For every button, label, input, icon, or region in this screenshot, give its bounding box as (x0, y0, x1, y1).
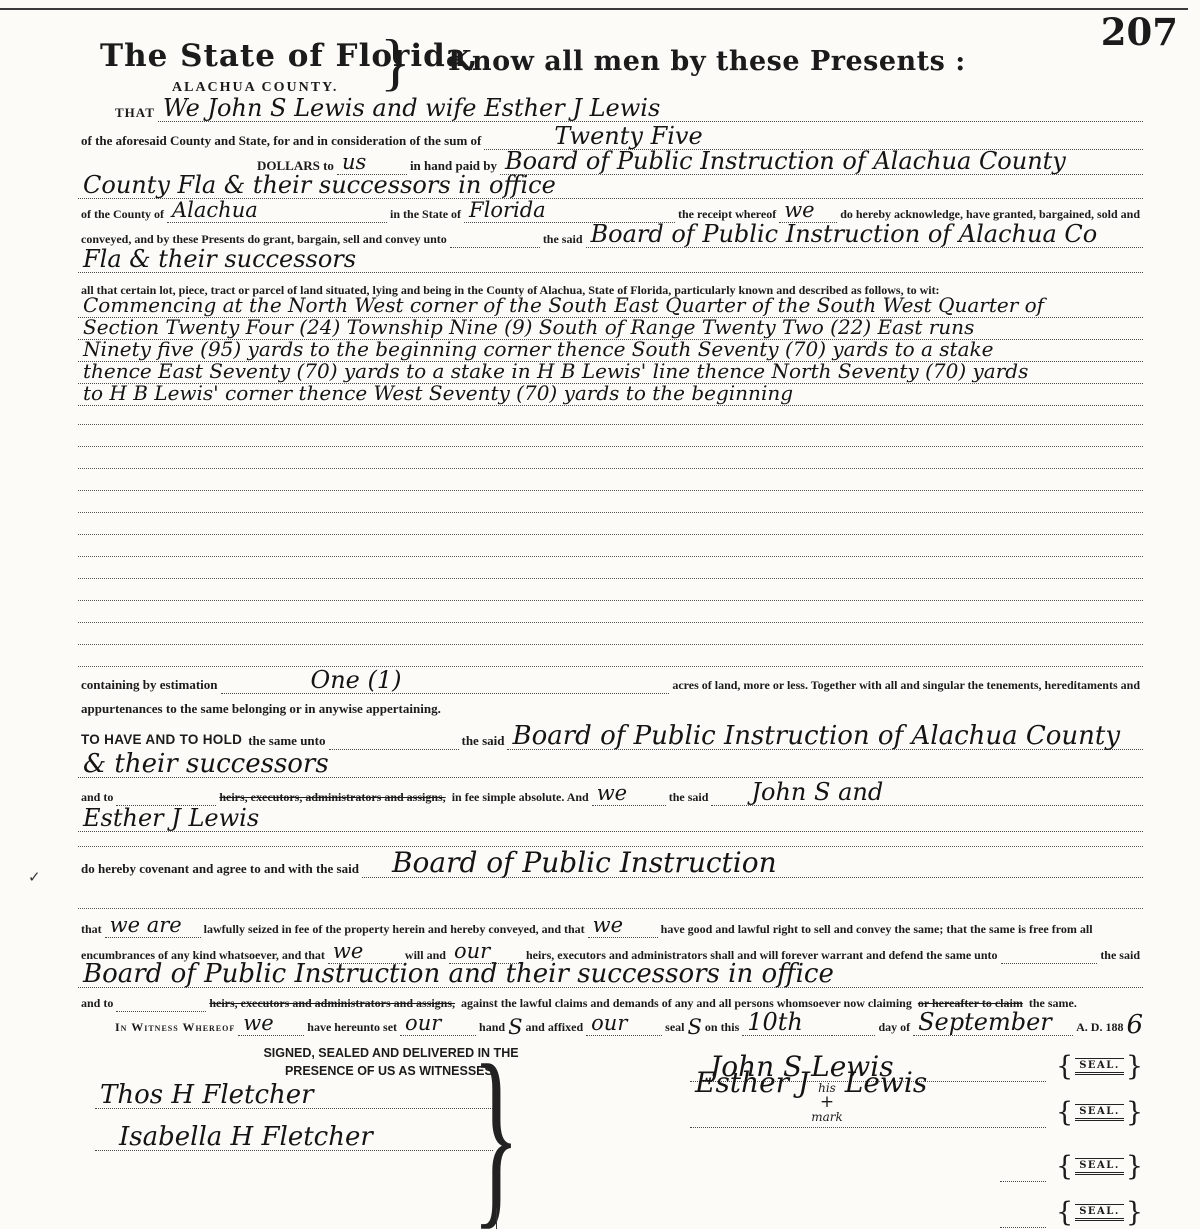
year-handwriting: 6 (1126, 1012, 1143, 1038)
our-handwriting-3: our (591, 1013, 627, 1034)
seal-word-label: seal (662, 1021, 687, 1036)
blank-rule (78, 468, 1143, 469)
payer-blank: Board of Public Instruction of Alachua C… (500, 149, 1143, 175)
acreage-handwriting: One (1) (311, 668, 402, 692)
blank-rule (78, 446, 1143, 447)
grantor-signature-row-2: Esther Jhis+markLewis { SEAL. } (690, 1092, 1143, 1128)
witness-clause-line: In Witness Whereof we have hereunto set … (112, 1010, 1143, 1036)
mark-word-bottom: mark (811, 1111, 843, 1123)
witness-signature-blank-2: Isabella H Fletcher (95, 1124, 493, 1151)
seal-stamp-1: { SEAL. } (1056, 1053, 1143, 1080)
seal-brace-right: } (1126, 1099, 1143, 1126)
seal-stamp-3: { SEAL. } (1056, 1153, 1143, 1180)
description-handwriting-3: Ninety five (95) yards to the beginning … (83, 339, 993, 359)
description-handwriting-4: thence East Seventy (70) yards to a stak… (83, 361, 1028, 381)
seal-brace-right: } (1126, 1053, 1143, 1080)
state-of-label: in the State of (387, 208, 464, 223)
covenant-line: do hereby covenant and agree to and with… (78, 852, 1143, 878)
day-gap-blank (832, 1035, 875, 1036)
witness-signature-2: Isabella H Fletcher (119, 1124, 373, 1150)
fee-simple-text: in fee simple absolute. And (449, 791, 592, 806)
blank-rule (78, 490, 1143, 491)
grantee-handwriting: Board of Public Instruction of Alachua C… (591, 222, 1098, 246)
proclamation-heading: Know all men by these Presents : (448, 46, 966, 77)
blank-rule (78, 556, 1143, 557)
consideration-prefix: of the aforesaid County and State, for a… (78, 134, 484, 150)
seized-line: that we are lawfully seized in fee of th… (78, 912, 1143, 938)
acreage-line: containing by estimation One (1) acres o… (78, 668, 1143, 694)
warrant-grantee-blank: Board of Public Instruction and their su… (78, 961, 1143, 988)
covenant-grantee-handwriting: Board of Public Instruction (392, 849, 777, 877)
payer-handwriting: Board of Public Instruction of Alachua C… (505, 149, 1066, 173)
amount-handwriting: Twenty Five (554, 124, 702, 148)
habendum-grantee-handwriting: Board of Public Instruction of Alachua C… (512, 723, 1120, 749)
grantor-first-handwriting: John S and (751, 780, 883, 804)
grantee-blank: Board of Public Instruction of Alachua C… (586, 222, 1144, 248)
description-handwriting-5: to H B Lewis' corner thence West Seventy… (83, 383, 793, 403)
habendum-blank (329, 749, 459, 750)
our-blank-2: our (400, 1013, 476, 1036)
habendum-grantee-blank: Board of Public Instruction of Alachua C… (507, 723, 1143, 750)
seal-label: SEAL. (1075, 1104, 1124, 1121)
seal-brace-right: } (1126, 1199, 1143, 1226)
ad-label: A. D. 188 (1073, 1021, 1126, 1036)
our-blank-3: our (586, 1013, 662, 1036)
state-title: The State of Florida, (100, 38, 479, 74)
grantors-handwriting: We John S Lewis and wife Esther J Lewis (163, 96, 660, 120)
habendum-label: TO HAVE AND TO HOLD (78, 733, 245, 750)
header-brace: } (380, 30, 411, 94)
payer-continuation-line: County Fla & their successors in office (78, 173, 1143, 199)
habendum-line: TO HAVE AND TO HOLD the same unto the sa… (78, 724, 1143, 750)
grantor-signature-blank-2: Esther Jhis+markLewis (690, 1069, 1046, 1128)
blank-rule (78, 622, 1143, 623)
we-handwriting-4: we (243, 1013, 273, 1034)
habendum-mid: the same unto (245, 734, 328, 750)
day-blank: 10th (742, 1010, 832, 1036)
grantor-second-blank: Esther J Lewis (78, 806, 1143, 832)
county-handwriting: Alachua (172, 200, 258, 221)
seal-stamp-2: { SEAL. } (1056, 1099, 1143, 1126)
we-are-blank: we are (105, 915, 201, 938)
state-handwriting: Florida (469, 200, 546, 221)
seal-brace-left: { (1056, 1153, 1073, 1180)
grantor-signature-blank-4 (1000, 1227, 1046, 1228)
grantors-line: THAT We John S Lewis and wife Esther J L… (112, 96, 1143, 122)
grantor-second-line: Esther J Lewis (78, 806, 1143, 832)
payer-cont-handwriting: County Fla & their successors in office (83, 173, 556, 197)
seal-label: SEAL. (1075, 1204, 1124, 1221)
grantor-first-blank: John S and (711, 780, 1143, 806)
we-blank-2: we (588, 915, 658, 938)
on-this-label: on this (702, 1021, 742, 1036)
our-handwriting-2: our (405, 1013, 441, 1034)
witness-signature-row-1: Thos H Fletcher (95, 1075, 493, 1109)
blank-rule (78, 534, 1143, 535)
grantee-continuation-line: Fla & their successors (78, 247, 1143, 273)
grantor-signature-2-first: Esther J (695, 1069, 809, 1097)
blank-rule (78, 908, 1143, 909)
that-word: that (78, 923, 105, 938)
seal-label: SEAL. (1075, 1158, 1124, 1175)
covenant-label: do hereby covenant and agree to and with… (78, 862, 362, 878)
habendum-cont-blank: & their successors (78, 751, 1143, 778)
receipt-handwriting: we (784, 200, 814, 221)
witness-brace: } (472, 1056, 520, 1216)
warrant-grantee-handwriting: Board of Public Instruction and their su… (83, 961, 834, 987)
grantor-signature-row-4: { SEAL. } (1000, 1192, 1143, 1228)
seized-rest: have good and lawful right to sell and c… (658, 923, 1096, 938)
covenant-grantee-blank: Board of Public Instruction (362, 849, 1143, 878)
habendum-continuation-line: & their successors (78, 752, 1143, 778)
we-handwriting-2: we (593, 915, 623, 936)
we-blank-4: we (238, 1013, 304, 1036)
plural-s-handwriting-2: S (688, 1017, 702, 1038)
appurtenances-text: appurtenances to the same belonging or i… (78, 702, 444, 718)
seal-label: SEAL. (1075, 1058, 1124, 1075)
the-said-label-1: the said (540, 233, 586, 248)
blank-rule (78, 600, 1143, 601)
seized-mid: lawfully seized in fee of the property h… (201, 923, 588, 938)
page-number: 207 (1101, 10, 1178, 54)
blank-rule (78, 666, 1143, 667)
seal-brace-left: { (1056, 1053, 1073, 1080)
the-said-label-2: the said (459, 734, 508, 750)
description-handwriting-1: Commencing at the North West corner of t… (83, 295, 1044, 315)
grantor-signature-row-3: { SEAL. } (1000, 1146, 1143, 1182)
page-top-rule (0, 8, 1188, 10)
blank-rule (78, 424, 1143, 425)
affixed-label: and affixed (522, 1021, 586, 1036)
her-mark: his+mark (811, 1082, 843, 1123)
fee-simple-line: and to heirs, executors, administrators … (78, 780, 1143, 806)
margin-check-mark: ✓ (28, 868, 41, 887)
description-line-5: to H B Lewis' corner thence West Seventy… (78, 384, 1143, 406)
grantors-blank: We John S Lewis and wife Esther J Lewis (158, 96, 1143, 122)
acreage-blank: One (1) (221, 668, 670, 694)
mark-cross-symbol: + (820, 1094, 834, 1111)
witness-signature-row-2: Isabella H Fletcher (95, 1117, 493, 1151)
paid-to-handwriting: us (342, 152, 366, 173)
witness-signature-blank-1: Thos H Fletcher (95, 1082, 493, 1109)
seal-brace-left: { (1056, 1099, 1073, 1126)
witness-brace-tail (496, 1208, 497, 1229)
we-handwriting-1: we (597, 783, 627, 804)
set-label: have hereunto set (304, 1021, 400, 1036)
witness-label: In Witness Whereof (112, 1021, 238, 1036)
deed-document-page: 207 The State of Florida, ALACHUA COUNTY… (0, 0, 1200, 1229)
month-blank: September (913, 1010, 1073, 1036)
description-handwriting-2: Section Twenty Four (24) Township Nine (… (83, 317, 974, 337)
warrant-grantee-line: Board of Public Instruction and their su… (78, 962, 1143, 988)
description-blank-5: to H B Lewis' corner thence West Seventy… (78, 383, 1143, 406)
the-said-label-3: the said (666, 791, 712, 806)
county-of-label: of the County of (78, 208, 167, 223)
grantor-signature-blank-3 (1000, 1181, 1046, 1182)
blank-rule (78, 644, 1143, 645)
blank-rule (78, 512, 1143, 513)
blank-rule (78, 578, 1143, 579)
payer-cont-blank: County Fla & their successors in office (78, 173, 1143, 199)
day-handwriting: 10th (747, 1010, 803, 1034)
witness-signature-1: Thos H Fletcher (100, 1082, 314, 1108)
appurtenances-line: appurtenances to the same belonging or i… (78, 692, 1143, 718)
that-label: THAT (112, 106, 158, 122)
seal-brace-left: { (1056, 1199, 1073, 1226)
county-blank: Alachua (167, 200, 387, 223)
and-to-label-2: and to (78, 997, 116, 1012)
habendum-cont-handwriting: & their successors (83, 751, 329, 777)
we-blank-1: we (592, 783, 666, 806)
grantor-signature-2-last: Lewis (845, 1069, 927, 1097)
day-of-label: day of (875, 1021, 913, 1036)
grantor-second-handwriting: Esther J Lewis (83, 806, 259, 830)
seal-brace-right: } (1126, 1153, 1143, 1180)
month-handwriting: September (918, 1010, 1052, 1034)
grantee-cont-blank: Fla & their successors (78, 247, 1143, 273)
we-are-handwriting: we are (110, 915, 182, 936)
grantee-cont-handwriting: Fla & their successors (83, 247, 356, 271)
seal-stamp-4: { SEAL. } (1056, 1199, 1143, 1226)
